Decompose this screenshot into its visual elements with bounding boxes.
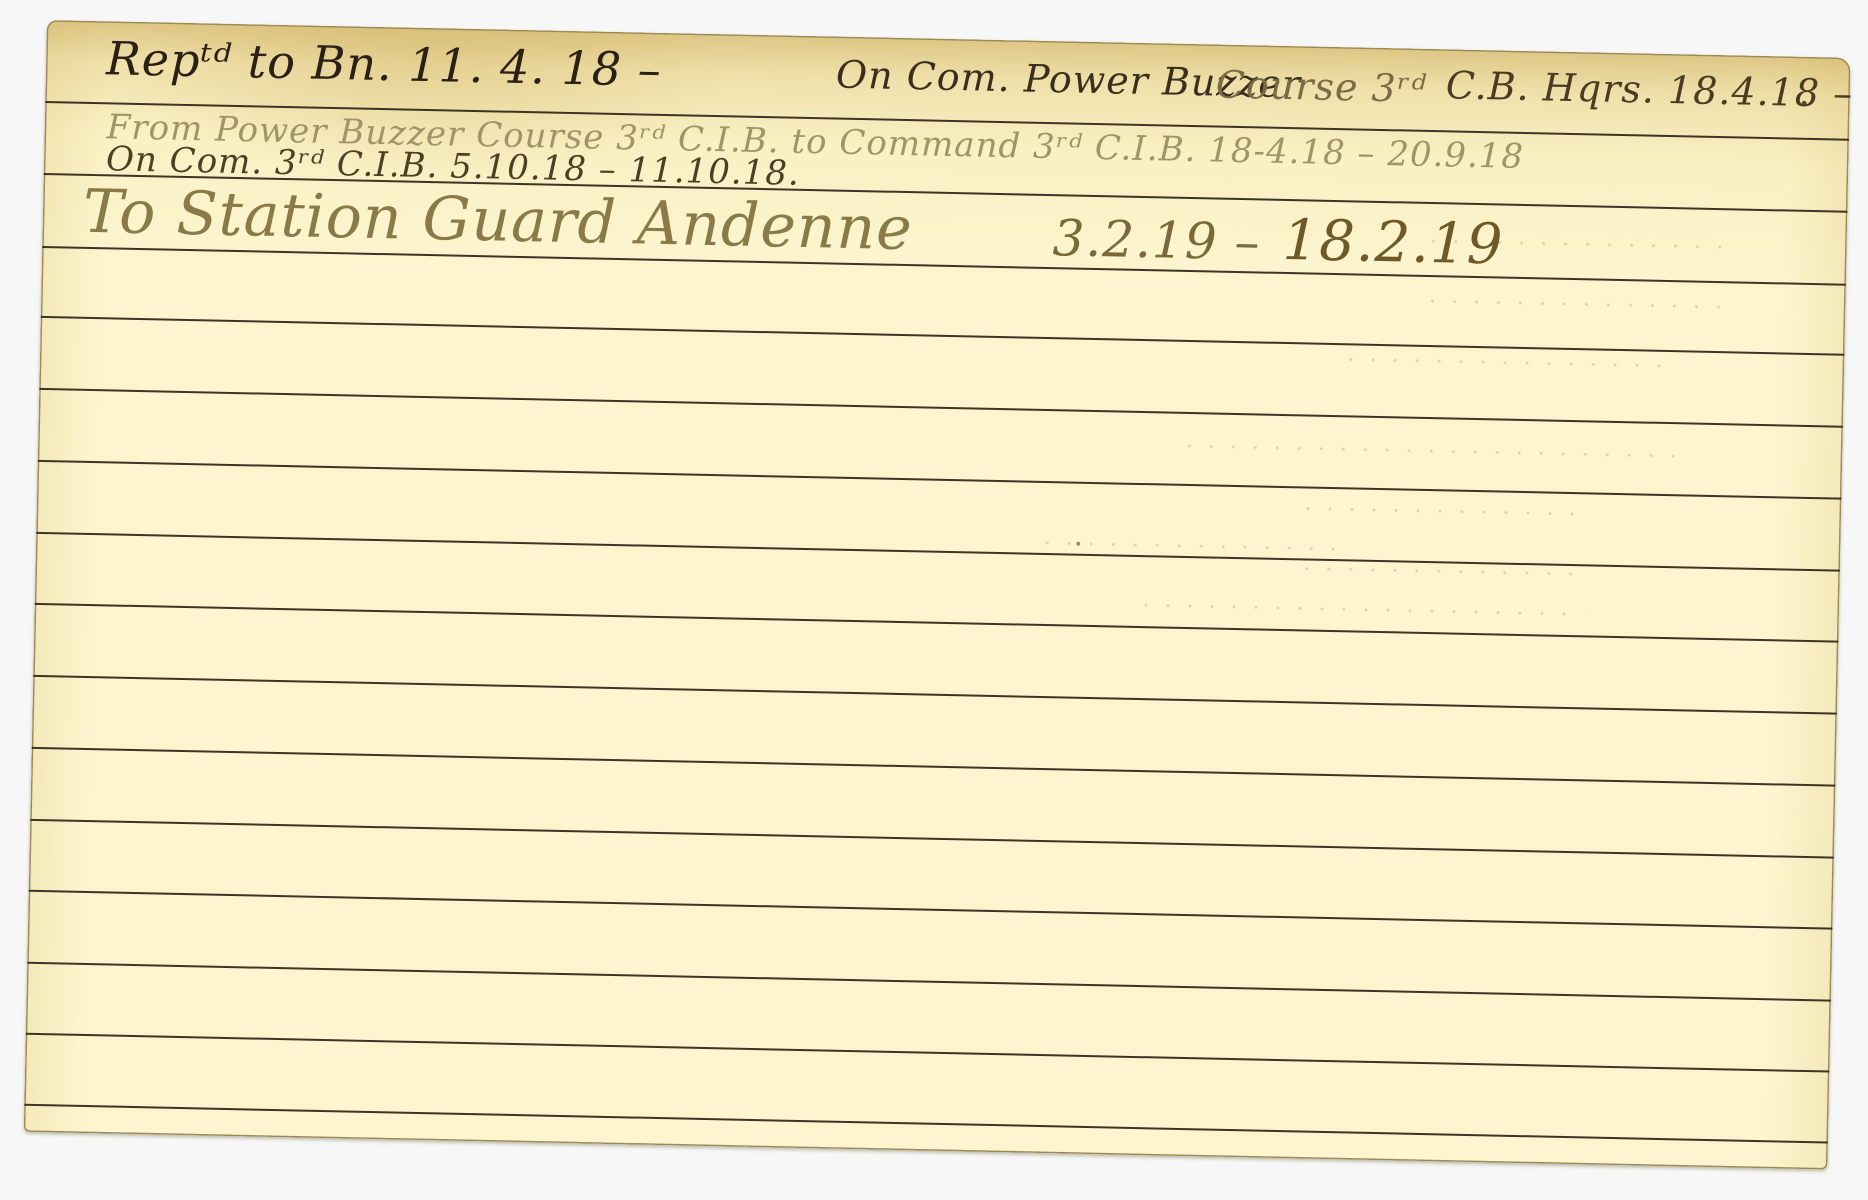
- show-through-dots: [1135, 603, 1585, 616]
- ruled-line: [30, 819, 1834, 859]
- show-through-dots: [1421, 299, 1731, 309]
- entry-reported-to-bn: Repᵗᵈ to Bn. 11. 4. 18 –: [106, 31, 663, 97]
- ruled-line: [36, 532, 1840, 572]
- ruled-line: [42, 246, 1846, 286]
- ruled-line: [32, 747, 1836, 787]
- record-card: Repᵗᵈ to Bn. 11. 4. 18 – On Com. Power B…: [24, 20, 1851, 1170]
- ruled-line: [39, 388, 1843, 428]
- ruled-line: [38, 460, 1842, 500]
- ruled-line: [24, 1104, 1828, 1144]
- ruled-line: [27, 962, 1831, 1002]
- show-through-dots: [1297, 506, 1577, 516]
- entry-course: Course 3ʳᵈ: [1215, 62, 1427, 110]
- ruled-line: [26, 1033, 1830, 1073]
- show-through-dots: [1296, 566, 1576, 576]
- ink-speck: [1076, 542, 1080, 546]
- show-through-dots: [1036, 541, 1336, 551]
- ruled-line: [29, 890, 1833, 930]
- ruled-line: [35, 603, 1839, 643]
- show-through-dots: [1178, 444, 1678, 458]
- ruled-line: [33, 675, 1837, 715]
- entry-station-guard-start-date: 3.2.19 –: [1052, 209, 1261, 271]
- entry-cb-hqrs-date: C.B. Hqrs. 18.4.18 – 1: [1445, 63, 1868, 116]
- entry-station-guard-end-date: 18.2.19: [1282, 208, 1504, 278]
- show-through-dots: [1340, 357, 1670, 368]
- ruled-line: [41, 316, 1845, 356]
